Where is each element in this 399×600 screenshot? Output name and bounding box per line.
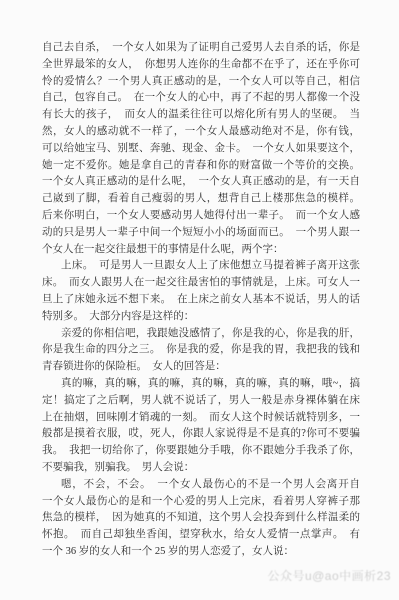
text-line: 旦上了床她永远不想下来。 在上床之前女人基本不说话，男人的话	[42, 292, 360, 309]
text-line: 上床。 可是男人一旦跟女人上了床他想立马提着裤子离开这张	[42, 258, 360, 275]
text-line: 上在抽烟，回味刚才销魂的一刻。 而女人这个时候话就特别多，一	[42, 410, 360, 427]
text-line: 亲爱的你相信吧，我跟她没感情了，你是我的心，你是我的肝，	[42, 326, 360, 343]
text-line: 自己，包容自己。 在一个女人的心中，再了不起的男人都像一个没	[42, 90, 360, 107]
text-line: 己崴到了脚，看着自己瘦弱的男人，想背自己上楼那焦急的模样。	[42, 191, 360, 208]
text-line: 自己去自杀， 一个女人如果为了证明自己爱男人去自杀的话，你是	[42, 40, 360, 57]
text-line: 怜的爱情么？一个男人真正感动的是，一个女人可以等自己，相信	[42, 74, 360, 91]
text-line: 有长大的孩子， 而女人的温柔往往可以熔化所有男人的坚硬。 当	[42, 107, 360, 124]
text-line: 我。 我把一切给你了，你要跟她分手哦，你不跟她分手我杀了你，	[42, 443, 360, 460]
text-line: 然，女人的感动就不一样了，一个女人最感动绝对不是，你有钱，	[42, 124, 360, 141]
text-line: 焦急的模样， 因为她真的不知道，这个男人会投奔到什么样温柔的	[42, 510, 360, 527]
text-line: 全世界最笨的女人， 你想男人连你的生命都不在乎了，还在乎你可	[42, 57, 360, 74]
text-line: 个女人在一起交往最想干的事情是什么呢，两个字：	[42, 242, 360, 259]
text-line: 一个 36 岁的女人和一个 25 岁的男人恋爱了，女人说：	[42, 544, 360, 561]
text-line: 怀抱。 而自己却独坐香闺，望穿秋水，给女人爱情一点掌声。 有	[42, 527, 360, 544]
text-line: 一个女人真正感动的是什么呢， 一个女人真正感动的是，有一天自	[42, 174, 360, 191]
text-line: 不要骗我，别骗我。 男人会说：	[42, 460, 360, 477]
text-column: 自己去自杀， 一个女人如果为了证明自己爱男人去自杀的话，你是全世界最笨的女人， …	[42, 40, 360, 561]
text-line: 一个女人最伤心的是和一个心爱的男人上完床，看着男人穿裤子那	[42, 494, 360, 511]
text-line: 她一定不爱你。她是拿自己的青春和你的财富做一个等价的交换。	[42, 158, 360, 175]
text-line: 后来你明白，一个女人要感动男人她得付出一辈子。 而一个女人感	[42, 208, 360, 225]
document-page: 自己去自杀， 一个女人如果为了证明自己爱男人去自杀的话，你是全世界最笨的女人， …	[0, 0, 399, 600]
text-line: 床。 而女人跟男人在一起交往最害怕的事情就是，上床。可女人一	[42, 275, 360, 292]
text-line: 真的嘛，真的嘛，真的嘛，真的嘛，真的嘛，真的嘛，哦~，搞	[42, 376, 360, 393]
text-line: 定！搞定了之后啊，男人就不说话了，男人一般是赤身裸体躺在床	[42, 393, 360, 410]
watermark: 公众号u@ao中画析23	[267, 567, 391, 584]
text-line: 特别多。 大部分内容是这样的：	[42, 309, 360, 326]
text-line: 青春锁进你的保险柜。 女人的回答是：	[42, 359, 360, 376]
text-line: 般都是摸着衣服，哎，死人，你跟人家说得是不是真的?你可不要骗	[42, 426, 360, 443]
text-line: 嗯，不会，不会。 一个女人最伤心的不是一个男人会离开自己，	[42, 477, 360, 494]
text-line: 你是我生命的四分之三。 你是我的爱，你是我的胃，我把我的钱和	[42, 342, 360, 359]
text-line: 可以给她宝马、别墅、奔驰、现金、金卡。 一个女人如果要这个，	[42, 141, 360, 158]
text-line: 动的只是男人一辈子中间一个短短小小的场面而已。 一个男人跟一	[42, 225, 360, 242]
